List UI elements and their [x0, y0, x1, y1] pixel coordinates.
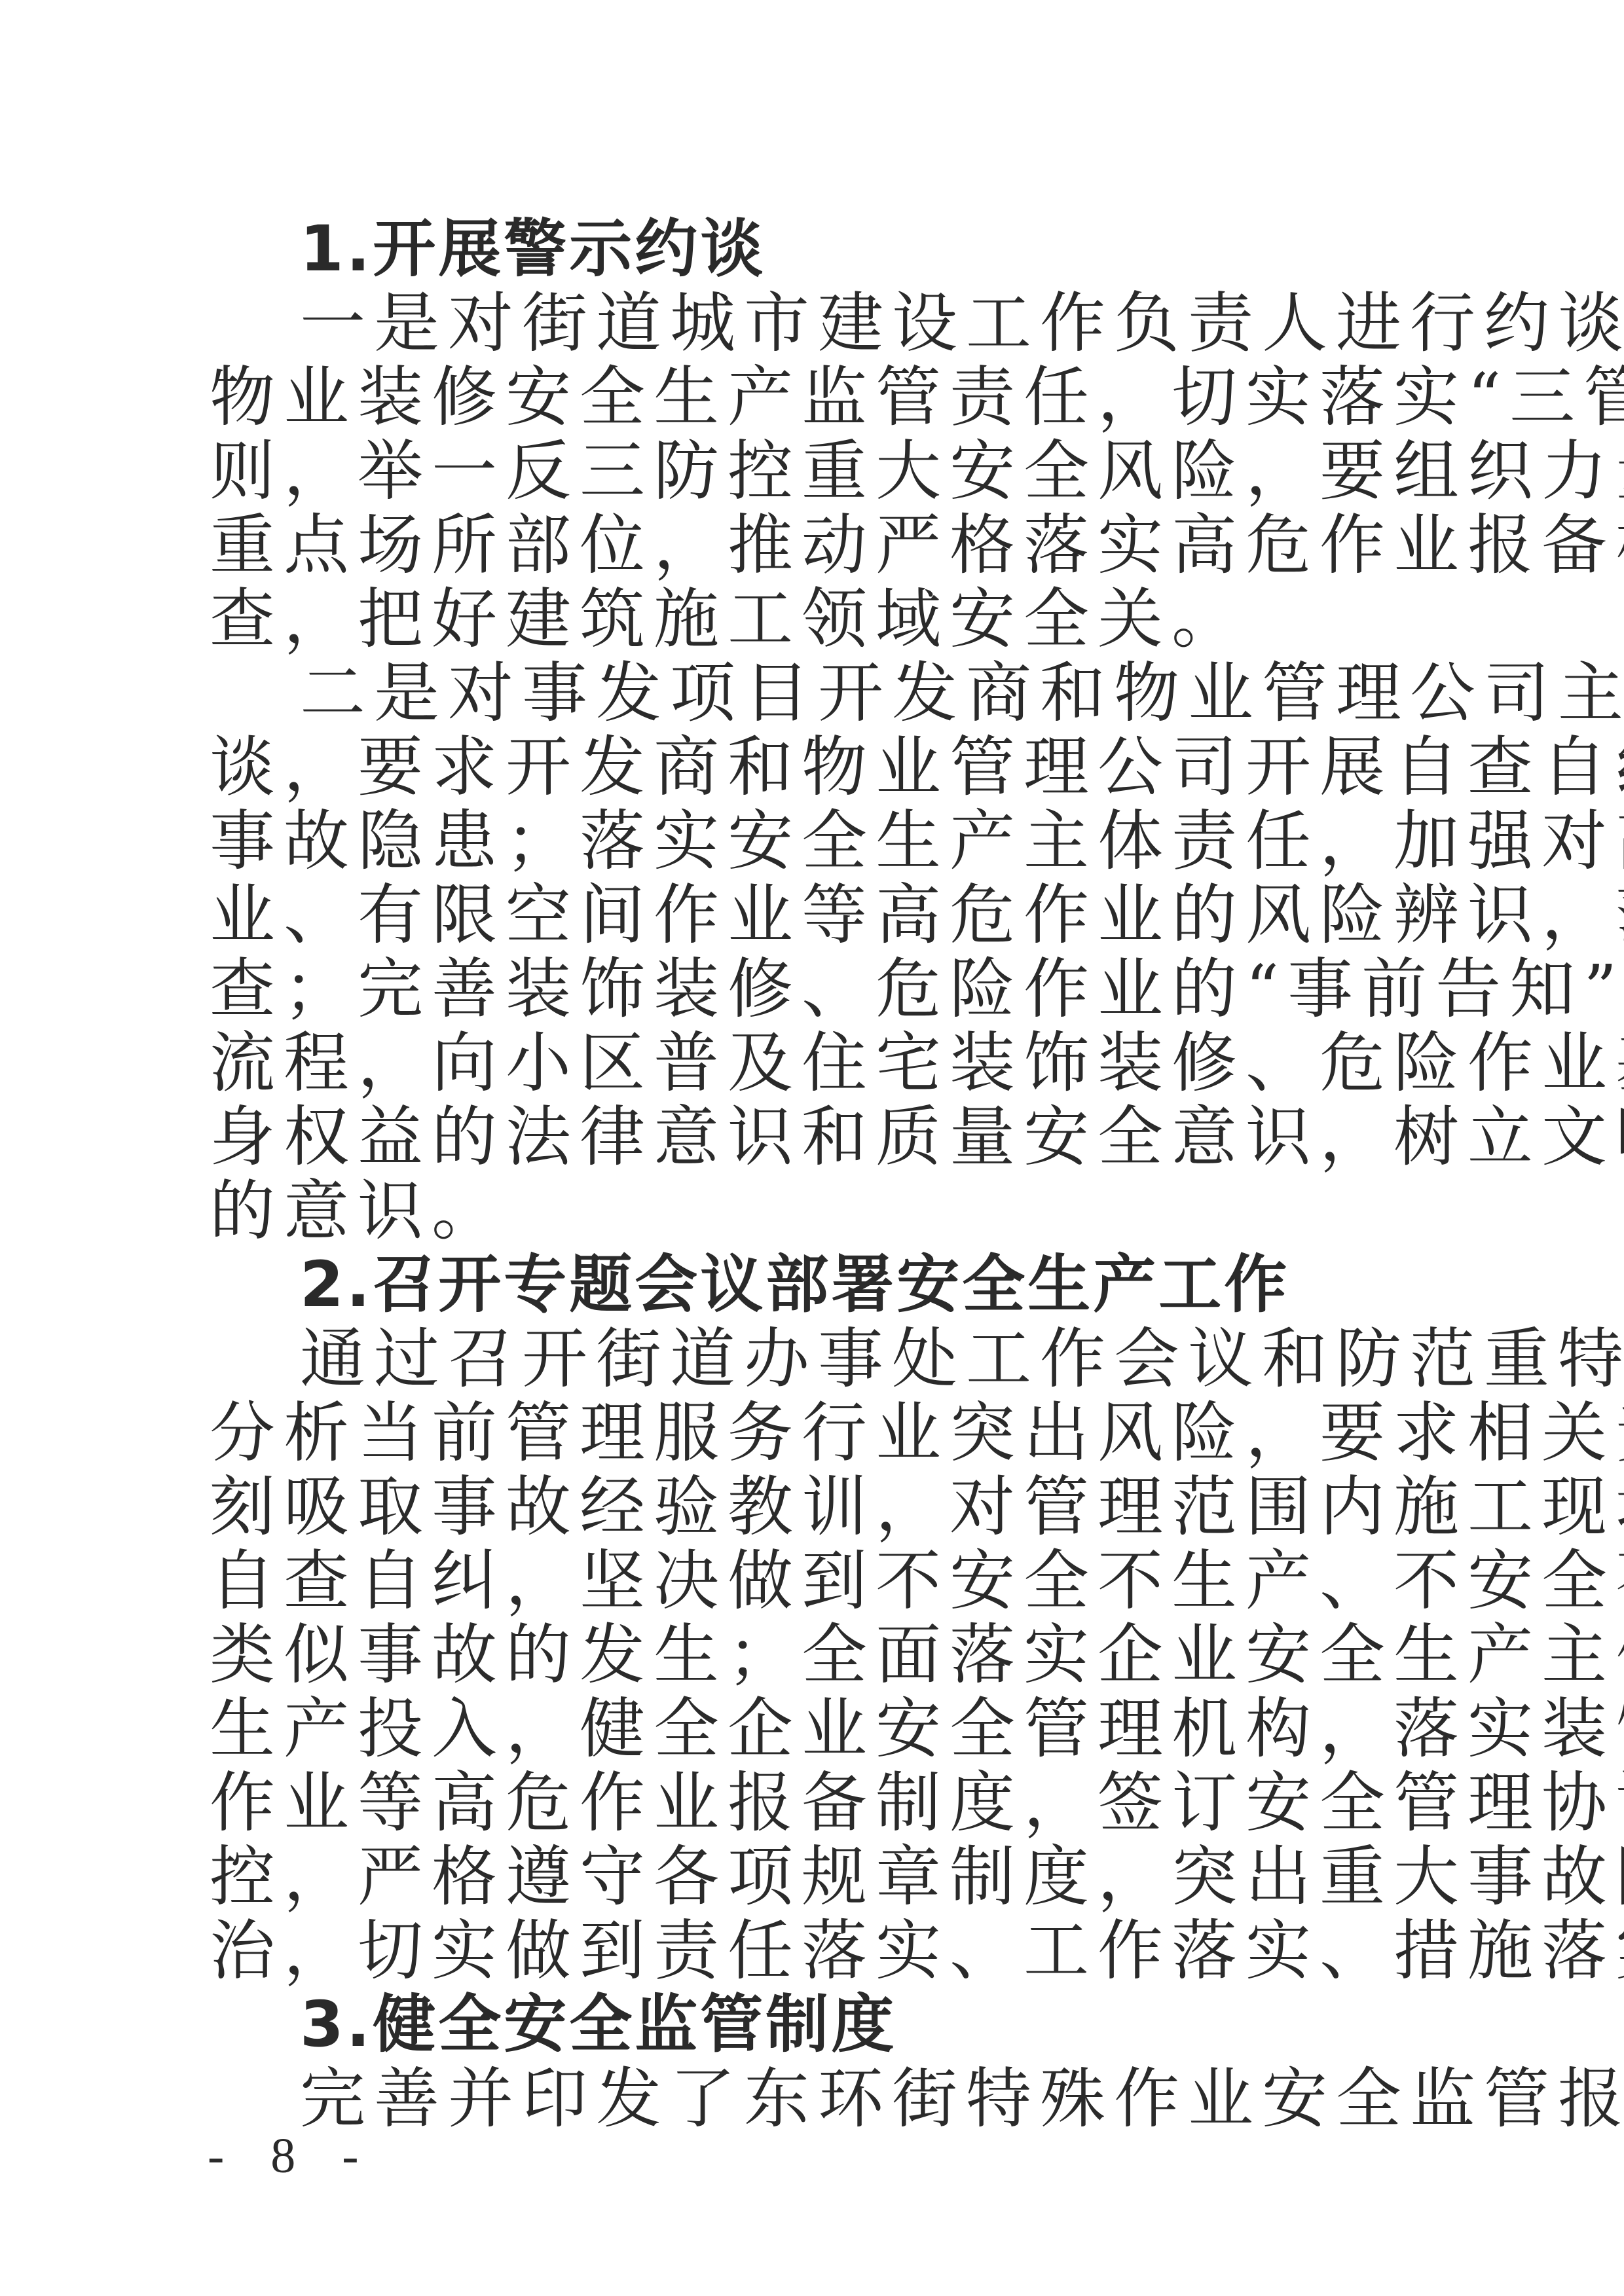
- paragraph-line: 自查自纠，坚决做到不安全不生产、不安全不开工，坚决杜绝: [210, 1544, 1408, 1618]
- section-heading-1: 1.开展警示约谈: [210, 212, 1408, 286]
- document-page: 1.开展警示约谈 一是对街道城市建设工作负责人进行约谈，要求抓细抓实 物业装修安…: [0, 0, 1624, 2296]
- paragraph-line: 谈，要求开发商和物业管理公司开展自查自纠，类比排查相关: [210, 730, 1408, 804]
- paragraph-line: 类似事故的发生；全面落实企业安全生产主体责任，加大安全: [210, 1618, 1408, 1692]
- paragraph-line: 作业等高危作业报备制度，签订安全管理协议，加强现场监: [210, 1766, 1408, 1840]
- paragraph-line: 完善并印发了东环街特殊作业安全监管报备机制文件，明: [210, 2062, 1408, 2136]
- paragraph-line: 物业装修安全生产监管责任，切实落实“三管三必须”的原: [210, 360, 1408, 434]
- paragraph-line: 重点场所部位，推动严格落实高危作业报备机制和安全生产检: [210, 508, 1408, 582]
- paragraph-line: 查；完善装饰装修、危险作业的“事前告知”“申报登记”等: [210, 952, 1408, 1026]
- paragraph-1-1: 一是对街道城市建设工作负责人进行约谈，要求抓细抓实 物业装修安全生产监管责任，切…: [210, 286, 1408, 656]
- paragraph-line: 的意识。: [210, 1174, 1408, 1248]
- paragraph-2-1: 通过召开街道办事处工作会议和防范重特大安全事故会议 分析当前管理服务行业突出风险…: [210, 1322, 1408, 1988]
- paragraph-3-1: 完善并印发了东环街特殊作业安全监管报备机制文件，明: [210, 2062, 1408, 2136]
- paragraph-line: 流程，向小区普及住宅装饰装修、危险作业基本知识，增强自: [210, 1026, 1408, 1100]
- section-heading-3: 3.健全安全监管制度: [210, 1988, 1408, 2062]
- section-heading-2: 2.召开专题会议部署安全生产工作: [210, 1248, 1408, 1322]
- paragraph-line: 通过召开街道办事处工作会议和防范重特大安全事故会议: [210, 1322, 1408, 1396]
- page-number: - 8 -: [208, 2128, 376, 2185]
- paragraph-line: 事故隐患；落实安全生产主体责任，加强对高处作业、带电作: [210, 804, 1408, 878]
- paragraph-line: 二是对事发项目开发商和物业管理公司主要负责人进行约: [210, 656, 1408, 730]
- paragraph-line: 分析当前管理服务行业突出风险，要求相关责任部门和村居深: [210, 1396, 1408, 1470]
- paragraph-line: 一是对街道城市建设工作负责人进行约谈，要求抓细抓实: [210, 286, 1408, 360]
- paragraph-line: 控，严格遵守各项规章制度，突出重大事故隐患专项排查整: [210, 1840, 1408, 1914]
- document-body: 1.开展警示约谈 一是对街道城市建设工作负责人进行约谈，要求抓细抓实 物业装修安…: [210, 212, 1408, 2136]
- paragraph-line: 刻吸取事故经验教训，对管理范围内施工现场开展一次严格的: [210, 1470, 1408, 1544]
- paragraph-1-2: 二是对事发项目开发商和物业管理公司主要负责人进行约 谈，要求开发商和物业管理公司…: [210, 656, 1408, 1248]
- paragraph-line: 治，切实做到责任落实、工作落实、措施落实。: [210, 1914, 1408, 1988]
- paragraph-line: 身权益的法律意识和质量安全意识，树立文明装修、合理使用: [210, 1100, 1408, 1174]
- paragraph-line: 则，举一反三防控重大安全风险，要组织力量抓住重点项目和: [210, 434, 1408, 508]
- paragraph-line: 业、有限空间作业等高危作业的风险辨识，落实常态化安全巡: [210, 878, 1408, 952]
- paragraph-line: 查，把好建筑施工领域安全关。: [210, 582, 1408, 656]
- paragraph-line: 生产投入，健全企业安全管理机构，落实装饰装修工程、高空: [210, 1692, 1408, 1766]
